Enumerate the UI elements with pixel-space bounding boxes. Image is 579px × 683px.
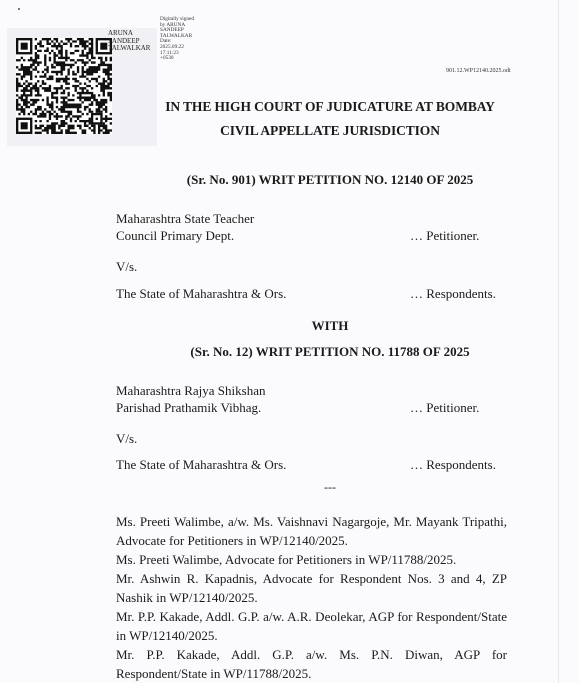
qr-code-icon [16, 38, 112, 134]
signer-name: ARUNA SANDEEP TALWALKAR [108, 30, 150, 53]
signature-details: Digitally signed by ARUNA SANDEEP TALWAL… [160, 17, 194, 62]
case2-petitioner: Maharashtra Rajya Shikshan Parishad Prat… [116, 382, 265, 416]
case2-respondent: The State of Maharashtra & Ors. [116, 456, 286, 473]
case1-petitioner: Maharashtra State Teacher Council Primar… [116, 210, 254, 244]
counsel-entry: Mr. Ashwin R. Kapadnis, Advocate for Res… [116, 569, 507, 607]
case1-respondent-role: … Respondents. [410, 285, 496, 302]
counsel-entry: Ms. Preeti Walimbe, Advocate for Petitio… [116, 550, 507, 569]
case2-title: (Sr. No. 12) WRIT PETITION NO. 11788 OF … [100, 344, 560, 360]
case1-respondent: The State of Maharashtra & Ors. [116, 285, 286, 302]
court-heading: IN THE HIGH COURT OF JUDICATURE AT BOMBA… [100, 99, 560, 115]
file-reference: 901.12.WP12140.2025.odt [446, 68, 511, 74]
counsel-entry: Ms. Preeti Walimbe, a/w. Ms. Vaishnavi N… [116, 512, 507, 550]
counsel-appearances: Ms. Preeti Walimbe, a/w. Ms. Vaishnavi N… [116, 512, 507, 683]
case2-petitioner-role: … Petitioner. [410, 399, 479, 416]
section-separator: --- [100, 480, 560, 495]
case1-title: (Sr. No. 901) WRIT PETITION NO. 12140 OF… [100, 172, 560, 188]
with-label: WITH [100, 318, 560, 334]
case1-petitioner-role: … Petitioner. [410, 227, 479, 244]
jurisdiction-heading: CIVIL APPELLATE JURISDICTION [100, 123, 560, 139]
counsel-entry: Mr. P.P. Kakade, Addl. G.P. a/w. Ms. P.N… [116, 645, 507, 683]
scan-speck [18, 8, 20, 10]
case1-versus: V/s. [116, 258, 137, 275]
case2-versus: V/s. [116, 430, 137, 447]
counsel-entry: Mr. P.P. Kakade, Addl. G.P. a/w. A.R. De… [116, 607, 507, 645]
case2-respondent-role: … Respondents. [410, 456, 496, 473]
